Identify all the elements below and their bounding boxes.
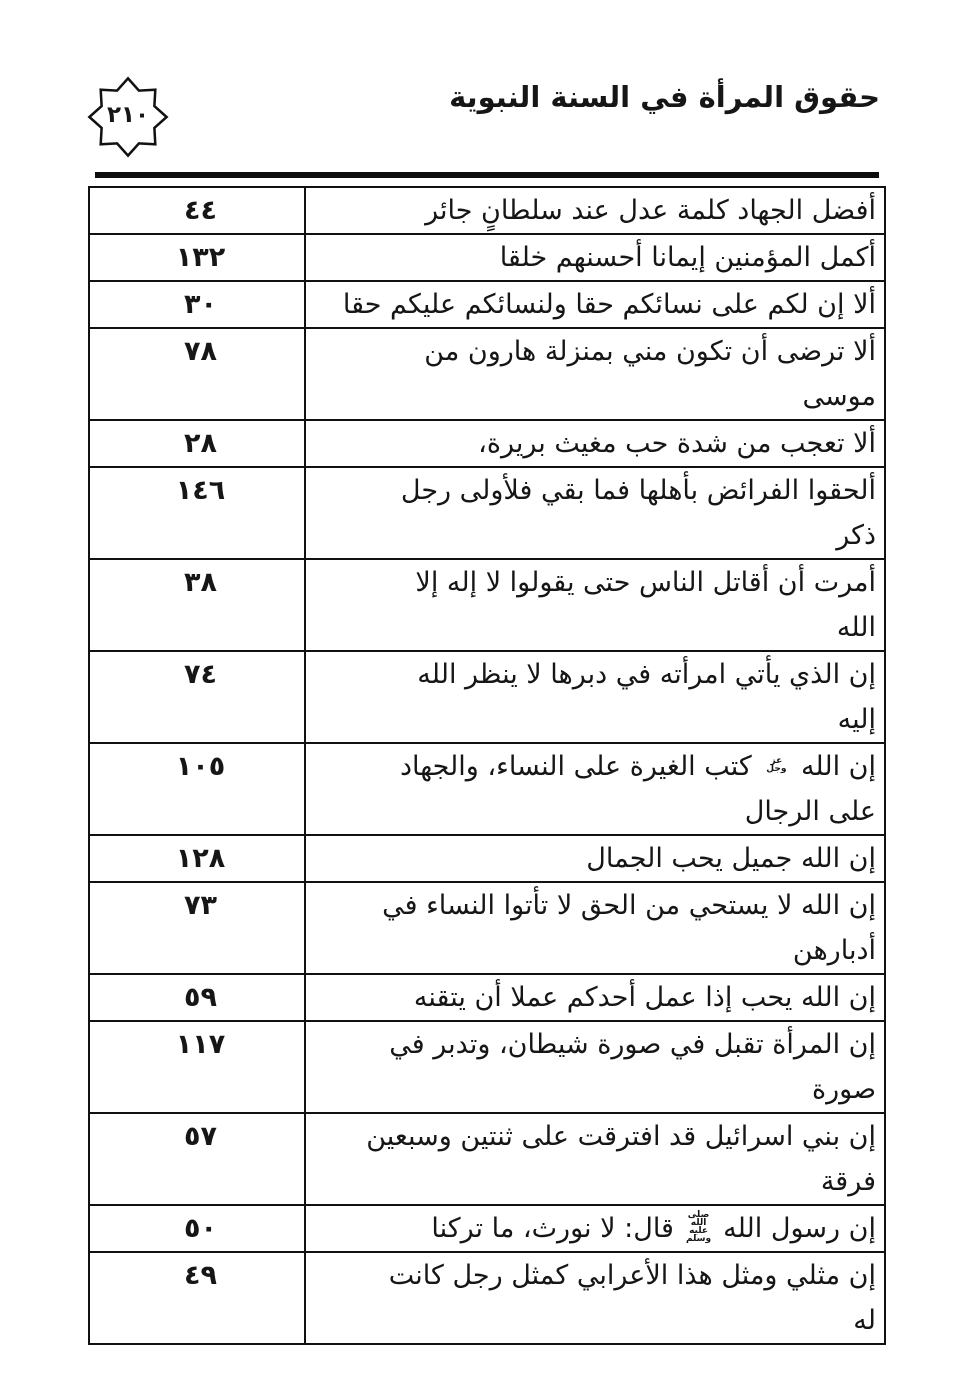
hadith-text-segment: أدبارهن bbox=[793, 935, 876, 966]
hadith-text-cell: إن المرأة تقبل في صورة شيطان، وتدبر فيصو… bbox=[306, 1022, 884, 1112]
index-row: ١٤٦ألحقوا الفرائض بأهلها فما بقي فلأولى … bbox=[90, 468, 884, 560]
hadith-text-line: إن الله جميل يحب الجمال bbox=[312, 836, 876, 881]
hadith-text-line: إن الله يحب إذا عمل أحدكم عملا أن يتقنه bbox=[312, 975, 876, 1020]
hadith-text-cell: ألا إن لكم على نسائكم حقا ولنسائكم عليكم… bbox=[306, 282, 884, 327]
index-row: ١٠٥إن الله عز وجل كتب الغيرة على النساء،… bbox=[90, 744, 884, 836]
hadith-text-line: ذكر bbox=[312, 513, 876, 558]
hadith-text-line: موسى bbox=[312, 374, 876, 419]
hadith-text-cell: إن الله عز وجل كتب الغيرة على النساء، وا… bbox=[306, 744, 884, 834]
hadith-text-segment: ألا إن لكم على نسائكم حقا ولنسائكم عليكم… bbox=[343, 289, 876, 320]
index-row: ٥٧إن بني اسرائيل قد افترقت على ثنتين وسب… bbox=[90, 1114, 884, 1206]
index-row: ٣٠ألا إن لكم على نسائكم حقا ولنسائكم علي… bbox=[90, 282, 884, 329]
hadith-text-cell: ألا تعجب من شدة حب مغيث بريرة، bbox=[306, 421, 884, 466]
hadith-text-segment: ألا ترضى أن تكون مني بمنزلة هارون من bbox=[424, 336, 876, 367]
hadith-text-cell: إن الله لا يستحي من الحق لا تأتوا النساء… bbox=[306, 883, 884, 973]
hadith-text-line: ألحقوا الفرائض بأهلها فما بقي فلأولى رجل bbox=[312, 468, 876, 513]
index-row: ١٣٢أكمل المؤمنين إيمانا أحسنهم خلقا bbox=[90, 235, 884, 282]
hadith-text-segment: أفضل الجهاد كلمة عدل عند سلطانٍ جائر bbox=[425, 195, 876, 226]
page-number-cell: ١٢٨ bbox=[90, 836, 306, 881]
hadith-text-line: فرقة bbox=[312, 1159, 876, 1204]
page-number-cell: ١٣٢ bbox=[90, 235, 306, 280]
book-page: { "header": { "title": "حقوق المرأة في ا… bbox=[0, 0, 957, 1383]
hadith-text-cell: إن الله جميل يحب الجمال bbox=[306, 836, 884, 881]
page-number-cell: ٤٩ bbox=[90, 1253, 306, 1343]
index-row: ٤٩إن مثلي ومثل هذا الأعرابي كمثل رجل كان… bbox=[90, 1253, 884, 1343]
page-number-cell: ٧٤ bbox=[90, 652, 306, 742]
hadith-text-segment: ألحقوا الفرائض بأهلها فما بقي فلأولى رجل bbox=[401, 475, 876, 506]
hadith-index-table: ٤٤أفضل الجهاد كلمة عدل عند سلطانٍ جائر١٣… bbox=[88, 186, 886, 1345]
index-row: ٥٩إن الله يحب إذا عمل أحدكم عملا أن يتقن… bbox=[90, 975, 884, 1022]
hadith-text-line: صورة bbox=[312, 1067, 876, 1112]
hadith-text-line: أمرت أن أقاتل الناس حتى يقولوا لا إله إل… bbox=[312, 560, 876, 605]
hadith-text-segment: إن بني اسرائيل قد افترقت على ثنتين وسبعي… bbox=[366, 1121, 876, 1152]
hadith-text-line: إن بني اسرائيل قد افترقت على ثنتين وسبعي… bbox=[312, 1114, 876, 1159]
hadith-text-segment: إن المرأة تقبل في صورة شيطان، وتدبر في bbox=[389, 1029, 876, 1060]
hadith-text-cell: ألا ترضى أن تكون مني بمنزلة هارون منموسى bbox=[306, 329, 884, 419]
hadith-text-segment: ألا تعجب من شدة حب مغيث بريرة، bbox=[478, 428, 876, 459]
hadith-text-segment: إن الله bbox=[792, 751, 876, 782]
hadith-text-cell: إن مثلي ومثل هذا الأعرابي كمثل رجل كانتل… bbox=[306, 1253, 884, 1343]
hadith-text-cell: أفضل الجهاد كلمة عدل عند سلطانٍ جائر bbox=[306, 188, 884, 233]
hadith-text-line: إن الذي يأتي امرأته في دبرها لا ينظر الل… bbox=[312, 652, 876, 697]
hadith-text-cell: أكمل المؤمنين إيمانا أحسنهم خلقا bbox=[306, 235, 884, 280]
hadith-text-line: على الرجال bbox=[312, 789, 876, 834]
hadith-text-segment: أمرت أن أقاتل الناس حتى يقولوا لا إله إل… bbox=[415, 567, 876, 598]
hadith-text-line: له bbox=[312, 1298, 876, 1343]
hadith-text-cell: إن رسول الله صلى الله عليه وسلم قال: لا … bbox=[306, 1206, 884, 1251]
hadith-text-line: إن الله لا يستحي من الحق لا تأتوا النساء… bbox=[312, 883, 876, 928]
page-number-cell: ٤٤ bbox=[90, 188, 306, 233]
hadith-text-line: ألا تعجب من شدة حب مغيث بريرة، bbox=[312, 421, 876, 466]
hadith-text-segment: إن الله لا يستحي من الحق لا تأتوا النساء… bbox=[382, 890, 876, 921]
hadith-text-line: ألا إن لكم على نسائكم حقا ولنسائكم عليكم… bbox=[312, 282, 876, 327]
hadith-text-segment: إن رسول الله bbox=[715, 1213, 876, 1244]
index-row: ٣٨أمرت أن أقاتل الناس حتى يقولوا لا إله … bbox=[90, 560, 884, 652]
hadith-text-line: الله bbox=[312, 605, 876, 650]
hadith-text-line: إن مثلي ومثل هذا الأعرابي كمثل رجل كانت bbox=[312, 1253, 876, 1298]
hadith-text-cell: ألحقوا الفرائض بأهلها فما بقي فلأولى رجل… bbox=[306, 468, 884, 558]
hadith-text-line: إن رسول الله صلى الله عليه وسلم قال: لا … bbox=[312, 1206, 876, 1251]
page-number-cell: ٧٨ bbox=[90, 329, 306, 419]
page-number-cell: ٥٧ bbox=[90, 1114, 306, 1204]
hadith-text-segment: إن مثلي ومثل هذا الأعرابي كمثل رجل كانت bbox=[389, 1260, 876, 1291]
index-row: ٧٨ألا ترضى أن تكون مني بمنزلة هارون منمو… bbox=[90, 329, 884, 421]
index-row: ٤٤أفضل الجهاد كلمة عدل عند سلطانٍ جائر bbox=[90, 188, 884, 235]
hadith-text-cell: إن الله يحب إذا عمل أحدكم عملا أن يتقنه bbox=[306, 975, 884, 1020]
page-number-cell: ١٠٥ bbox=[90, 744, 306, 834]
hadith-text-segment: ذكر bbox=[836, 520, 876, 551]
page-number-cell: ١٤٦ bbox=[90, 468, 306, 558]
hadith-text-line: أفضل الجهاد كلمة عدل عند سلطانٍ جائر bbox=[312, 188, 876, 233]
honorific-ligature: صلى الله عليه وسلم bbox=[683, 1211, 715, 1243]
hadith-text-line: أدبارهن bbox=[312, 928, 876, 973]
hadith-text-segment: فرقة bbox=[821, 1166, 876, 1197]
hadith-text-segment: على الرجال bbox=[745, 796, 876, 827]
hadith-text-segment: موسى bbox=[802, 381, 876, 412]
hadith-text-segment: إليه bbox=[838, 704, 876, 735]
hadith-text-cell: أمرت أن أقاتل الناس حتى يقولوا لا إله إل… bbox=[306, 560, 884, 650]
page-number: ٢١٠ bbox=[86, 74, 170, 156]
hadith-text-line: إن الله عز وجل كتب الغيرة على النساء، وا… bbox=[312, 744, 876, 789]
hadith-text-cell: إن بني اسرائيل قد افترقت على ثنتين وسبعي… bbox=[306, 1114, 884, 1204]
page-number-cell: ٣٠ bbox=[90, 282, 306, 327]
page-number-cell: ٢٨ bbox=[90, 421, 306, 466]
page-number-cell: ١١٧ bbox=[90, 1022, 306, 1112]
honorific-ligature: عز وجل bbox=[760, 757, 792, 773]
page-number-cell: ٥٩ bbox=[90, 975, 306, 1020]
hadith-text-cell: إن الذي يأتي امرأته في دبرها لا ينظر الل… bbox=[306, 652, 884, 742]
index-row: ١١٧إن المرأة تقبل في صورة شيطان، وتدبر ف… bbox=[90, 1022, 884, 1114]
page-number-cell: ٣٨ bbox=[90, 560, 306, 650]
book-title: حقوق المرأة في السنة النبوية bbox=[449, 80, 880, 114]
index-row: ٢٨ألا تعجب من شدة حب مغيث بريرة، bbox=[90, 421, 884, 468]
hadith-text-segment: قال: لا نورث، ما تركنا bbox=[431, 1213, 682, 1244]
hadith-text-segment: له bbox=[853, 1305, 876, 1336]
hadith-text-segment: كتب الغيرة على النساء، والجهاد bbox=[400, 751, 760, 782]
hadith-text-line: ألا ترضى أن تكون مني بمنزلة هارون من bbox=[312, 329, 876, 374]
hadith-text-line: إليه bbox=[312, 697, 876, 742]
hadith-text-segment: إن الله يحب إذا عمل أحدكم عملا أن يتقنه bbox=[414, 982, 876, 1013]
index-row: ١٢٨إن الله جميل يحب الجمال bbox=[90, 836, 884, 883]
hadith-text-line: أكمل المؤمنين إيمانا أحسنهم خلقا bbox=[312, 235, 876, 280]
index-row: ٧٣إن الله لا يستحي من الحق لا تأتوا النس… bbox=[90, 883, 884, 975]
header-divider-rule bbox=[95, 172, 879, 178]
page-number-cell: ٥٠ bbox=[90, 1206, 306, 1251]
hadith-text-segment: إن الله جميل يحب الجمال bbox=[586, 843, 876, 874]
hadith-text-segment: إن الذي يأتي امرأته في دبرها لا ينظر الل… bbox=[417, 659, 876, 690]
hadith-text-line: إن المرأة تقبل في صورة شيطان، وتدبر في bbox=[312, 1022, 876, 1067]
index-row: ٥٠إن رسول الله صلى الله عليه وسلم قال: ل… bbox=[90, 1206, 884, 1253]
page-number-cell: ٧٣ bbox=[90, 883, 306, 973]
hadith-text-segment: أكمل المؤمنين إيمانا أحسنهم خلقا bbox=[500, 242, 876, 273]
hadith-text-segment: الله bbox=[837, 612, 876, 643]
hadith-text-segment: صورة bbox=[812, 1074, 876, 1105]
page-number-ornament: ٢١٠ bbox=[86, 74, 170, 160]
index-row: ٧٤إن الذي يأتي امرأته في دبرها لا ينظر ا… bbox=[90, 652, 884, 744]
